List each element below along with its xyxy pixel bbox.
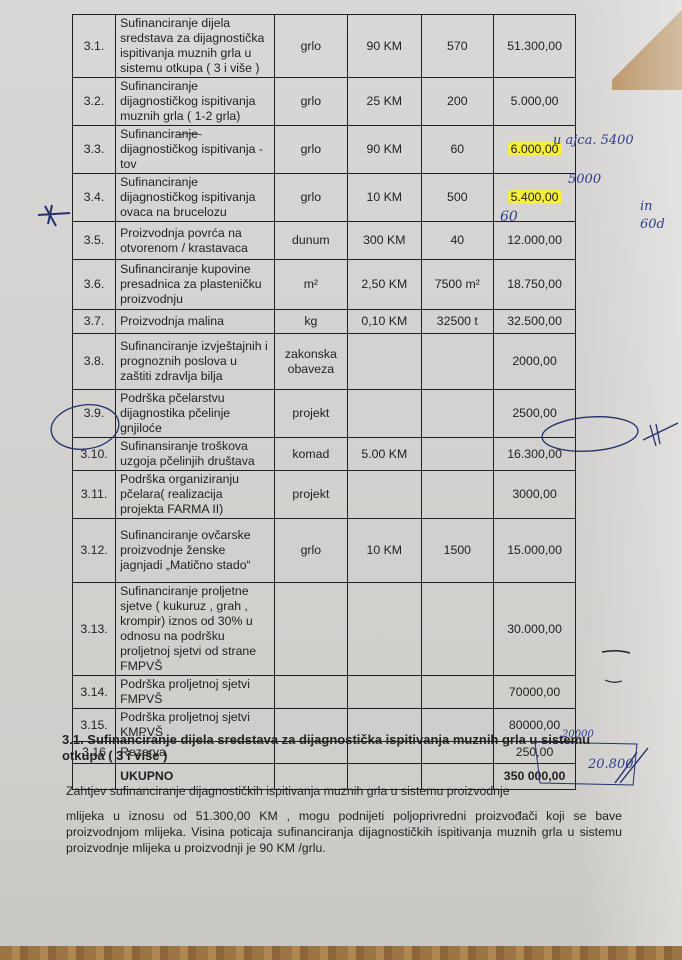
cell-num: 3.13. [73,583,116,676]
cell-unit [274,583,347,676]
cell-num: 3.5. [73,222,116,260]
cell-price [348,583,421,676]
cell-total: 3000,00 [494,471,576,519]
cell-qty: 60 [421,126,494,174]
table-row: 3.6.Sufinanciranje kupovine presadnica z… [73,260,576,310]
cell-price: 0,10 KM [348,310,421,334]
budget-table: 3.1.Sufinanciranje dijela sredstava za d… [72,14,576,790]
cell-price: 5.00 KM [348,438,421,471]
cell-qty: 40 [421,222,494,260]
cell-qty: 7500 m² [421,260,494,310]
cell-price: 25 KM [348,78,421,126]
cell-price: 90 KM [348,126,421,174]
cell-total: 18.750,00 [494,260,576,310]
cell-total: 15.000,00 [494,519,576,583]
cell-qty [421,676,494,709]
cell-desc: Sufinanciranje dijela sredstava za dijag… [116,15,275,78]
cell-desc: Sufinanciranje ovčarske proizvodnje žens… [116,519,275,583]
cell-num: 3.7. [73,310,116,334]
cell-desc: Sufinanciranje dijagnostičkog ispitivanj… [116,78,275,126]
cell-desc: Podrška organiziranju pčelara( realizaci… [116,471,275,519]
cell-unit: komad [274,438,347,471]
cell-price: 10 KM [348,519,421,583]
cell-price: 10 KM [348,174,421,222]
cell-desc: Podrška proljetnoj sjetvi FMPVŠ [116,676,275,709]
cell-qty: 1500 [421,519,494,583]
cell-qty [421,390,494,438]
table-row: 3.9.Podrška pčelarstvu dijagnostika pčel… [73,390,576,438]
cell-qty: 570 [421,15,494,78]
cell-num: 3.9. [73,390,116,438]
section-title: 3.1. Sufinanciranje dijela sredstava za … [62,732,622,764]
cell-desc: Sufinansiranje troškova uzgoja pčelinjih… [116,438,275,471]
cell-total: 12.000,00 [494,222,576,260]
handwritten-side-note-3-5: in 60d [640,198,676,234]
cell-qty: 500 [421,174,494,222]
cell-price [348,334,421,390]
handwritten-note-3-3: u ajca. 5400 [553,133,634,148]
cell-num: 3.10. [73,438,116,471]
cell-total: 2000,00 [494,334,576,390]
cell-qty [421,438,494,471]
table-row: 3.11.Podrška organiziranju pčelara( real… [73,471,576,519]
cell-price: 2,50 KM [348,260,421,310]
cell-desc: Proizvodnja malina [116,310,275,334]
handwritten-note-3-4: 5000 [568,172,601,187]
table-row: 3.1.Sufinanciranje dijela sredstava za d… [73,15,576,78]
table-row: 3.13.Sufinanciranje proljetne sjetve ( k… [73,583,576,676]
cell-num: 3.3. [73,126,116,174]
cell-total: 51.300,00 [494,15,576,78]
cell-unit: m² [274,260,347,310]
cell-total: 70000,00 [494,676,576,709]
cell-price [348,676,421,709]
cell-num: 3.2. [73,78,116,126]
paragraph-body: mlijeka u iznosu od 51.300,00 KM , mogu … [66,808,622,856]
cell-num: 3.12. [73,519,116,583]
highlighted-amount: 5.400,00 [508,190,562,204]
cell-desc: Proizvodnja povrća na otvorenom / krasta… [116,222,275,260]
cell-total: 16.300,00 [494,438,576,471]
cell-desc: Sufinanciranje kupovine presadnica za pl… [116,260,275,310]
paragraph-intro: Zahtjev sufinanciranje dijagnostičkih is… [66,784,626,798]
cell-unit: grlo [274,519,347,583]
cell-unit: kg [274,310,347,334]
cell-total: 2500,00 [494,390,576,438]
cell-num: 3.8. [73,334,116,390]
table-row: 3.5.Proizvodnja povrća na otvorenom / kr… [73,222,576,260]
cell-total: 5.000,00 [494,78,576,126]
cell-unit: grlo [274,78,347,126]
cell-unit: grlo [274,15,347,78]
cell-desc: Podrška pčelarstvu dijagnostika pčelinje… [116,390,275,438]
cell-unit: dunum [274,222,347,260]
cell-price [348,471,421,519]
cell-price [348,390,421,438]
cell-qty: 32500 t [421,310,494,334]
cell-total: 30.000,00 [494,583,576,676]
cell-num: 3.6. [73,260,116,310]
cell-unit [274,676,347,709]
table-row: 3.3.Sufinanciranje dijagnostičkog ispiti… [73,126,576,174]
cell-unit: projekt [274,390,347,438]
table-row: 3.14.Podrška proljetnoj sjetvi FMPVŠ7000… [73,676,576,709]
wood-background-bottom [0,946,682,960]
cell-qty [421,583,494,676]
cell-qty [421,334,494,390]
cell-num: 3.4. [73,174,116,222]
cell-desc: Sufinanciranje izvještajnih i prognoznih… [116,334,275,390]
cell-num: 3.14. [73,676,116,709]
cell-desc: Sufinanciranje dijagnostičkog ispitivanj… [116,126,275,174]
cell-desc: Sufinanciranje dijagnostičkog ispitivanj… [116,174,275,222]
cell-price: 300 KM [348,222,421,260]
cell-num: 3.1. [73,15,116,78]
wood-background [612,0,682,90]
handwritten-qty-3-5: 60 [500,209,518,225]
table-row: 3.10.Sufinansiranje troškova uzgoja pčel… [73,438,576,471]
table-row: 3.12.Sufinanciranje ovčarske proizvodnje… [73,519,576,583]
cell-unit: projekt [274,471,347,519]
cell-desc: Sufinanciranje proljetne sjetve ( kukuru… [116,583,275,676]
cell-qty [421,471,494,519]
table-row: 3.2.Sufinanciranje dijagnostičkog ispiti… [73,78,576,126]
cell-num: 3.11. [73,471,116,519]
table-row: 3.8.Sufinanciranje izvještajnih i progno… [73,334,576,390]
cell-unit: grlo [274,174,347,222]
cell-unit: grlo [274,126,347,174]
cell-price: 90 KM [348,15,421,78]
cell-total: 32.500,00 [494,310,576,334]
table-row: 3.7.Proizvodnja malinakg0,10 KM32500 t32… [73,310,576,334]
cell-unit: zakonska obaveza [274,334,347,390]
cell-qty: 200 [421,78,494,126]
